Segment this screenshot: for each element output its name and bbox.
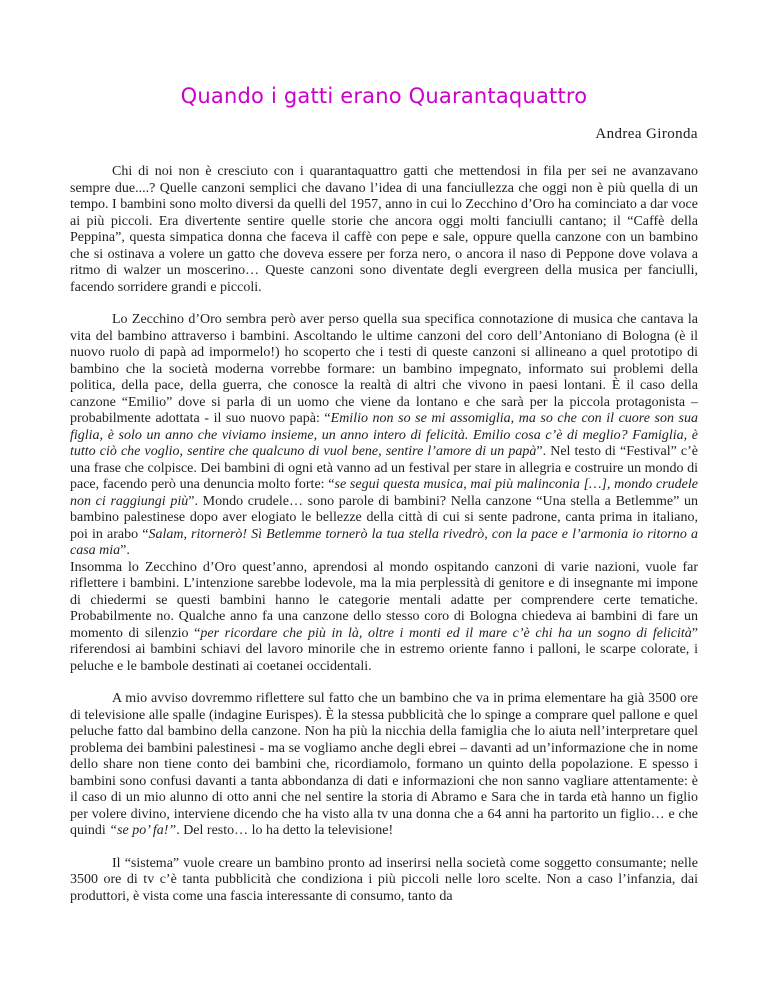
text-run: Il “sistema” vuole creare un bambino pro…	[70, 856, 698, 904]
author-byline: Andrea Gironda	[70, 125, 698, 144]
text-run: A mio avviso dovremmo riflettere sul fat…	[70, 691, 698, 838]
text-run: . Del resto… lo ha detto la televisione!	[176, 823, 393, 838]
paragraph: Insomma lo Zecchino d’Oro quest’anno, ap…	[70, 560, 698, 676]
document-body: Chi di noi non è cresciuto con i quarant…	[70, 164, 698, 905]
text-run: Chi di noi non è cresciuto con i quarant…	[70, 164, 698, 295]
document-page: Quando i gatti erano Quarantaquattro And…	[0, 0, 768, 994]
document-title: Quando i gatti erano Quarantaquattro	[70, 82, 698, 110]
text-run: ”.	[120, 543, 130, 558]
paragraph: A mio avviso dovremmo riflettere sul fat…	[70, 691, 698, 840]
paragraph: Il “sistema” vuole creare un bambino pro…	[70, 856, 698, 906]
text-run: Salam, ritornerò! Sì Betlemme tornerò la…	[70, 527, 698, 559]
text-run: Lo Zecchino d’Oro sembra però aver perso…	[70, 312, 698, 426]
paragraph: Chi di noi non è cresciuto con i quarant…	[70, 164, 698, 296]
paragraph: Lo Zecchino d’Oro sembra però aver perso…	[70, 312, 698, 560]
text-run: per ricordare che più in là, oltre i mon…	[200, 626, 691, 641]
text-run: “se po’ fa!”	[109, 823, 176, 838]
